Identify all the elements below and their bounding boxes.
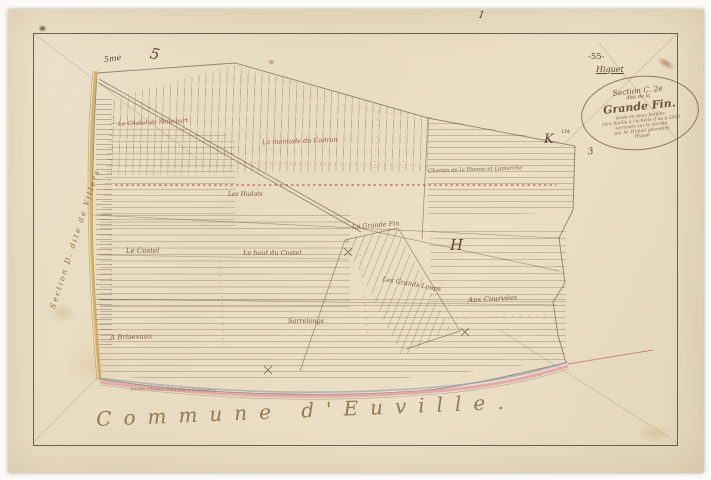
map-sheet: -55- Hiquet Section C. 2e dite de la Gra… [8,9,704,473]
index-letter-k: K [544,133,554,146]
index-letter-k-number: 134 [561,131,570,136]
cartouche-signature: Hiquet [634,133,650,140]
placename-label-hudots: Les Hudots [228,192,263,198]
surveyor-name: Hiquet [596,66,624,74]
placename-label-sarrelongs: Sarrelongs [288,318,324,325]
sheet-number: -55- [588,53,605,62]
scanned-cadastral-map-page: -55- Hiquet Section C. 2e dite de la Gra… [0,0,711,480]
placename-label-brisevaux: A Brisevaux [110,333,153,341]
map-neatline-frame [33,33,678,446]
margin-mark-3: 3 [587,148,594,158]
index-letter-h: H [450,238,463,253]
placename-label-haut-costel: Le haut du Costel [243,250,301,257]
placename-label-costel: Le Costel [126,248,159,255]
